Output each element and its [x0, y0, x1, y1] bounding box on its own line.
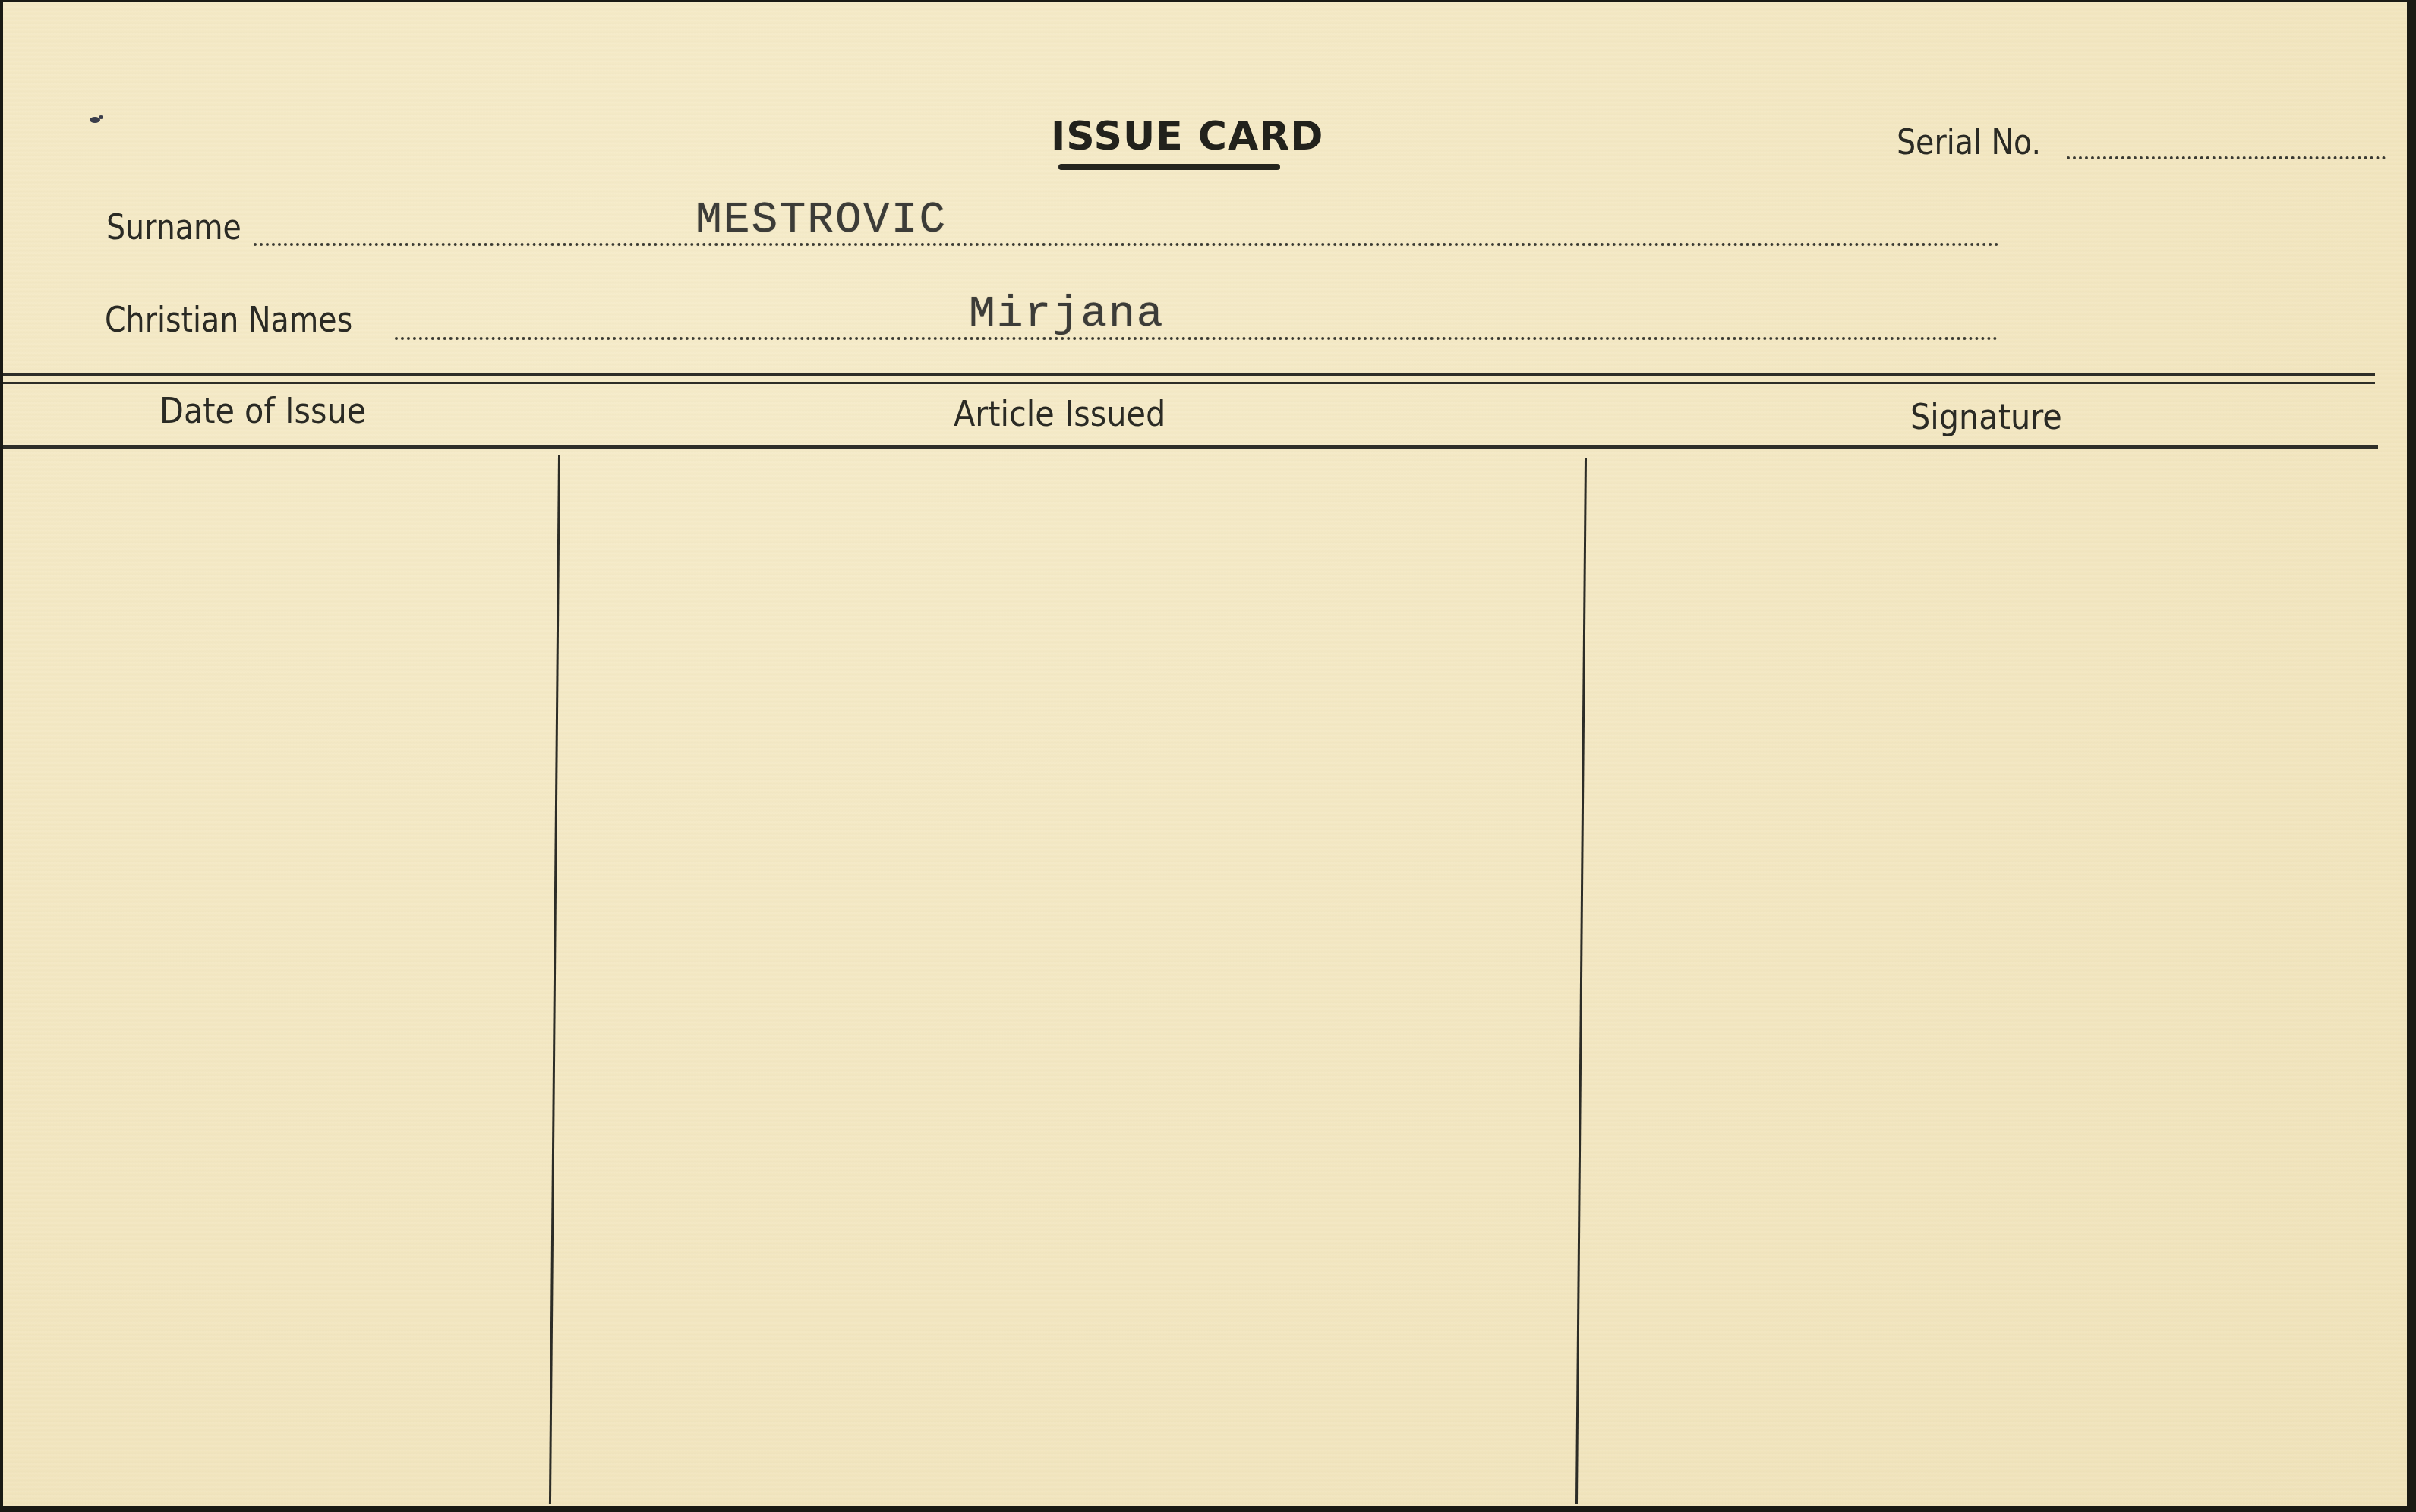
signature-column[interactable] — [1588, 457, 2405, 1504]
header-top-rule-2 — [3, 382, 2375, 384]
title-underline — [1058, 164, 1280, 170]
issue-card: ISSUE CARD Serial No. Surname MESTROVIC … — [3, 2, 2407, 1506]
header-bottom-rule — [3, 445, 2378, 449]
date-of-issue-column[interactable] — [3, 457, 556, 1504]
serial-number-label: Serial No. — [1897, 121, 2041, 162]
surname-value: MESTROVIC — [695, 196, 947, 245]
christian-names-field[interactable] — [395, 337, 1998, 340]
surname-field[interactable] — [254, 243, 2000, 246]
christian-names-value: Mirjana — [969, 290, 1165, 339]
article-issued-column[interactable] — [562, 457, 1582, 1504]
surname-label: Surname — [106, 206, 241, 247]
header-top-rule-1 — [3, 373, 2375, 376]
column-header-signature: Signature — [1910, 396, 2062, 437]
serial-number-field[interactable] — [2067, 156, 2386, 159]
column-header-date-of-issue: Date of Issue — [159, 390, 366, 431]
column-header-article-issued: Article Issued — [954, 393, 1165, 434]
ink-speck — [99, 115, 103, 119]
christian-names-label: Christian Names — [105, 299, 352, 340]
card-title: ISSUE CARD — [1051, 114, 1323, 159]
